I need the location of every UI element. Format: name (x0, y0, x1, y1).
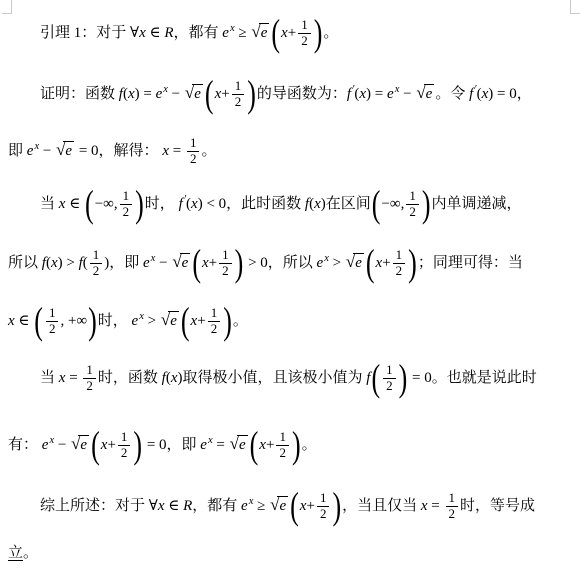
text-run: − (399, 86, 415, 102)
radicand: e (78, 435, 89, 454)
math-fraction: 12 (120, 189, 133, 220)
math-fraction: 12 (208, 306, 221, 337)
math-fraction: 12 (393, 248, 406, 279)
big-paren-right: ) (331, 489, 342, 523)
radicand: e (353, 253, 364, 272)
text-run: ∈ (15, 313, 34, 329)
text-run: ) > (58, 255, 79, 271)
math-variable: x (191, 196, 198, 212)
text-line: 所以 f(x) > f(12)，即 ex − √e(x+12) > 0，所以 e… (0, 230, 582, 287)
text-run: 综上所述：对于 ∀ (40, 498, 158, 514)
text-line: 即 ex − √e = 0，解得： x = 12。 (0, 123, 582, 170)
big-paren-left: ( (84, 187, 95, 221)
fraction-numerator: 1 (393, 248, 406, 263)
text-run: + (266, 437, 274, 453)
radicand: e (424, 84, 435, 103)
text-line: 综上所述：对于 ∀x ∈ R，都有 ex ≥ √e(x+12)，当且仅当 x =… (0, 472, 582, 532)
math-sqrt: √e (416, 86, 434, 102)
big-paren-left: ( (33, 304, 44, 338)
math-variable: x (281, 25, 288, 41)
text-run: 时，函数 (98, 370, 162, 386)
text-run: 内单调递减， (432, 196, 522, 212)
fraction-numerator: 1 (276, 430, 289, 445)
math-variable: x (314, 196, 321, 212)
fraction-numerator: 1 (208, 306, 221, 321)
math-base: e (156, 86, 163, 102)
math-fraction: 12 (219, 248, 232, 279)
radicand: e (192, 84, 203, 103)
math-fraction: 12 (276, 430, 289, 461)
radicand: e (63, 141, 74, 160)
math-variable: x (128, 86, 135, 102)
math-base: f (347, 86, 351, 102)
big-paren-left: ( (180, 304, 191, 338)
radicand: e (259, 23, 270, 42)
math-variable: x (171, 370, 178, 386)
text-line: 立。 (0, 532, 582, 574)
math-base: e (222, 25, 229, 41)
fraction-denominator: 2 (208, 321, 221, 337)
big-paren-right: ) (134, 187, 145, 221)
text-run: > 0，所以 (244, 255, 316, 271)
fraction-denominator: 2 (83, 378, 96, 394)
big-paren-right: ) (421, 187, 432, 221)
text-run: 有： (8, 437, 42, 453)
fraction-numerator: 1 (90, 248, 103, 263)
math-power: ex (317, 255, 329, 271)
big-paren-left: ( (90, 428, 101, 462)
text-run: , +∞ (60, 313, 87, 329)
fraction-numerator: 1 (298, 18, 311, 33)
math-power: f′ (179, 196, 186, 212)
math-fraction: 12 (118, 430, 131, 461)
math-fraction: 12 (232, 79, 245, 110)
text-run: 的导函数为： (257, 86, 347, 102)
fraction-numerator: 1 (120, 189, 133, 204)
big-paren-right: ) (234, 246, 245, 280)
fraction-denominator: 2 (317, 506, 330, 522)
math-base: e (132, 313, 139, 329)
text-run: 。 (233, 313, 248, 329)
text-run: = 0。也就是说此时 (408, 370, 536, 386)
text-run: + (221, 86, 229, 102)
math-variable: R (164, 25, 173, 41)
big-paren-left: ( (270, 16, 281, 50)
math-power: ex (387, 86, 399, 102)
text-run: 。 (323, 25, 338, 41)
math-fraction: 12 (317, 491, 330, 522)
text-run: −∞, (381, 196, 404, 212)
fraction-denominator: 2 (118, 445, 131, 461)
radicand: e (277, 496, 288, 515)
radicand: e (168, 311, 179, 330)
text-run: )取得极小值，且该极小值为 (178, 370, 367, 386)
text-run: − (54, 437, 70, 453)
fraction-denominator: 2 (90, 263, 103, 279)
text-run: + (209, 255, 217, 271)
document-page: 引理 1：对于 ∀x ∈ R，都有 ex ≥ √e(x+12)。证明：函数 f(… (0, 0, 582, 574)
math-fraction: 12 (446, 491, 459, 522)
text-run: 时，等号成 (460, 498, 535, 514)
math-base: f (469, 86, 473, 102)
math-sqrt: √e (185, 86, 203, 102)
text-run: 即 (8, 143, 27, 159)
math-base: e (42, 437, 49, 453)
fraction-denominator: 2 (298, 33, 311, 49)
big-paren-right: ) (222, 304, 233, 338)
text-run: = (428, 498, 444, 514)
big-paren-left: ( (370, 361, 381, 395)
fraction-numerator: 1 (446, 491, 459, 506)
fraction-numerator: 1 (383, 363, 396, 378)
text-run: 时， (145, 196, 179, 212)
math-base: e (241, 498, 248, 514)
fraction-numerator: 1 (219, 248, 232, 263)
fraction-denominator: 2 (46, 321, 59, 337)
text-run: = (213, 437, 229, 453)
text-run: ∈ (164, 498, 183, 514)
math-sqrt: √e (230, 437, 248, 453)
math-sqrt: √e (270, 498, 288, 514)
math-base: e (317, 255, 324, 271)
big-paren-right: ) (313, 16, 324, 50)
math-base: e (200, 437, 207, 453)
text-line: 当 x = 12时，函数 f(x)取得极小值，且该极小值为 f(12) = 0。… (0, 347, 582, 410)
big-paren-left: ( (249, 428, 260, 462)
big-paren-right: ) (246, 77, 257, 111)
math-sqrt: √e (161, 313, 179, 329)
big-paren-right: ) (87, 304, 98, 338)
math-base: e (143, 255, 150, 271)
text-run: 所以 (8, 255, 42, 271)
fraction-numerator: 1 (187, 136, 200, 151)
math-sqrt: √e (346, 255, 364, 271)
big-paren-right: ) (398, 361, 409, 395)
math-fraction: 12 (298, 18, 311, 49)
big-paren-right: ) (132, 428, 143, 462)
math-variable: x (8, 313, 15, 329)
text-run: ) = 0， (488, 86, 531, 102)
math-variable: R (183, 498, 192, 514)
underlined-text: 立 (8, 545, 23, 561)
text-run: ( (83, 255, 88, 271)
math-variable: x (202, 255, 209, 271)
math-fraction: 12 (383, 363, 396, 394)
math-variable: x (421, 498, 428, 514)
big-paren-right: ) (407, 246, 418, 280)
fraction-denominator: 2 (406, 204, 419, 220)
text-run: 证明：函数 (40, 86, 119, 102)
text-line: 当 x ∈ (−∞,12)时， f′(x) < 0，此时函数 f(x)在区间(−… (0, 170, 582, 230)
math-sqrt: √e (71, 437, 89, 453)
math-power: ex (222, 25, 234, 41)
fraction-numerator: 1 (317, 491, 330, 506)
text-line: 证明：函数 f(x) = ex − √e(x+12)的导函数为：f′(x) = … (0, 57, 582, 123)
math-variable: x (51, 255, 58, 271)
math-power: ex (143, 255, 155, 271)
text-run: = (65, 370, 81, 386)
text-run: ) = (366, 86, 387, 102)
text-run: ≥ (235, 25, 251, 41)
math-power: ex (156, 86, 168, 102)
text-run: + (306, 498, 314, 514)
text-run: −∞, (95, 196, 118, 212)
fraction-numerator: 1 (83, 363, 96, 378)
text-line: 有： ex − √e(x+12) = 0，即 ex = √e(x+12)。 (0, 410, 582, 472)
text-run: > (144, 313, 160, 329)
math-fraction: 12 (406, 189, 419, 220)
text-run: 当 (40, 196, 59, 212)
text-run: 当 (40, 370, 59, 386)
math-fraction: 12 (187, 136, 200, 167)
text-run: − (155, 255, 171, 271)
big-paren-left: ( (191, 246, 202, 280)
math-power: ex (42, 437, 54, 453)
math-base: f (179, 196, 183, 212)
big-paren-right: ) (291, 428, 302, 462)
text-run: ≥ (253, 498, 269, 514)
text-run: ；同理可得：当 (418, 255, 523, 271)
text-run: + (288, 25, 296, 41)
radicand: e (237, 435, 248, 454)
math-fraction: 12 (90, 248, 103, 279)
big-paren-left: ( (371, 187, 382, 221)
math-variable: x (259, 437, 266, 453)
text-run: + (107, 437, 115, 453)
math-sqrt: √e (56, 143, 74, 159)
text-line: 引理 1：对于 ∀x ∈ R，都有 ex ≥ √e(x+12)。 (0, 0, 582, 57)
text-run: = (169, 143, 185, 159)
fraction-numerator: 1 (406, 189, 419, 204)
math-power: f′ (469, 86, 476, 102)
fraction-numerator: 1 (232, 79, 245, 94)
fraction-denominator: 2 (120, 204, 133, 220)
text-run: = 0，即 (143, 437, 200, 453)
text-run: ，当且仅当 (342, 498, 421, 514)
math-base: e (27, 143, 34, 159)
math-base: e (387, 86, 394, 102)
text-run: 时， (98, 313, 132, 329)
text-run: )，即 (104, 255, 143, 271)
math-sqrt: √e (172, 255, 190, 271)
math-power: ex (241, 498, 253, 514)
text-run: − (39, 143, 55, 159)
text-run: 引理 1：对于 ∀ (40, 25, 139, 41)
math-fraction: 12 (83, 363, 96, 394)
math-sqrt: √e (251, 25, 269, 41)
math-power: ex (200, 437, 212, 453)
math-power: ex (27, 143, 39, 159)
text-run: > (329, 255, 345, 271)
fraction-denominator: 2 (219, 263, 232, 279)
fraction-denominator: 2 (232, 94, 245, 110)
math-fraction: 12 (46, 306, 59, 337)
text-run: )在区间 (321, 196, 371, 212)
text-run: + (197, 313, 205, 329)
text-run: ，都有 (174, 25, 223, 41)
text-run: + (382, 255, 390, 271)
document-body: 引理 1：对于 ∀x ∈ R，都有 ex ≥ √e(x+12)。证明：函数 f(… (0, 0, 582, 574)
fraction-numerator: 1 (118, 430, 131, 445)
fraction-denominator: 2 (383, 378, 396, 394)
big-paren-left: ( (365, 246, 376, 280)
text-run: ，都有 (192, 498, 241, 514)
radicand: e (180, 253, 191, 272)
math-variable: x (162, 143, 169, 159)
big-paren-left: ( (204, 77, 215, 111)
text-run: 。 (201, 143, 216, 159)
fraction-denominator: 2 (393, 263, 406, 279)
math-variable: x (139, 25, 146, 41)
math-power: ex (132, 313, 144, 329)
fraction-denominator: 2 (446, 506, 459, 522)
fraction-denominator: 2 (276, 445, 289, 461)
text-run: 。 (302, 437, 317, 453)
text-line: x ∈ (12, +∞)时， ex > √e(x+12)。 (0, 287, 582, 347)
text-run: 。令 (435, 86, 469, 102)
big-paren-left: ( (289, 489, 300, 523)
text-run: ) = (135, 86, 156, 102)
text-run: ∈ (146, 25, 165, 41)
fraction-denominator: 2 (187, 151, 200, 167)
text-run: 。 (23, 545, 38, 561)
text-run: = 0，解得： (75, 143, 162, 159)
text-run: ) < 0，此时函数 (198, 196, 305, 212)
text-run: − (168, 86, 184, 102)
text-run: ∈ (65, 196, 84, 212)
fraction-numerator: 1 (46, 306, 59, 321)
